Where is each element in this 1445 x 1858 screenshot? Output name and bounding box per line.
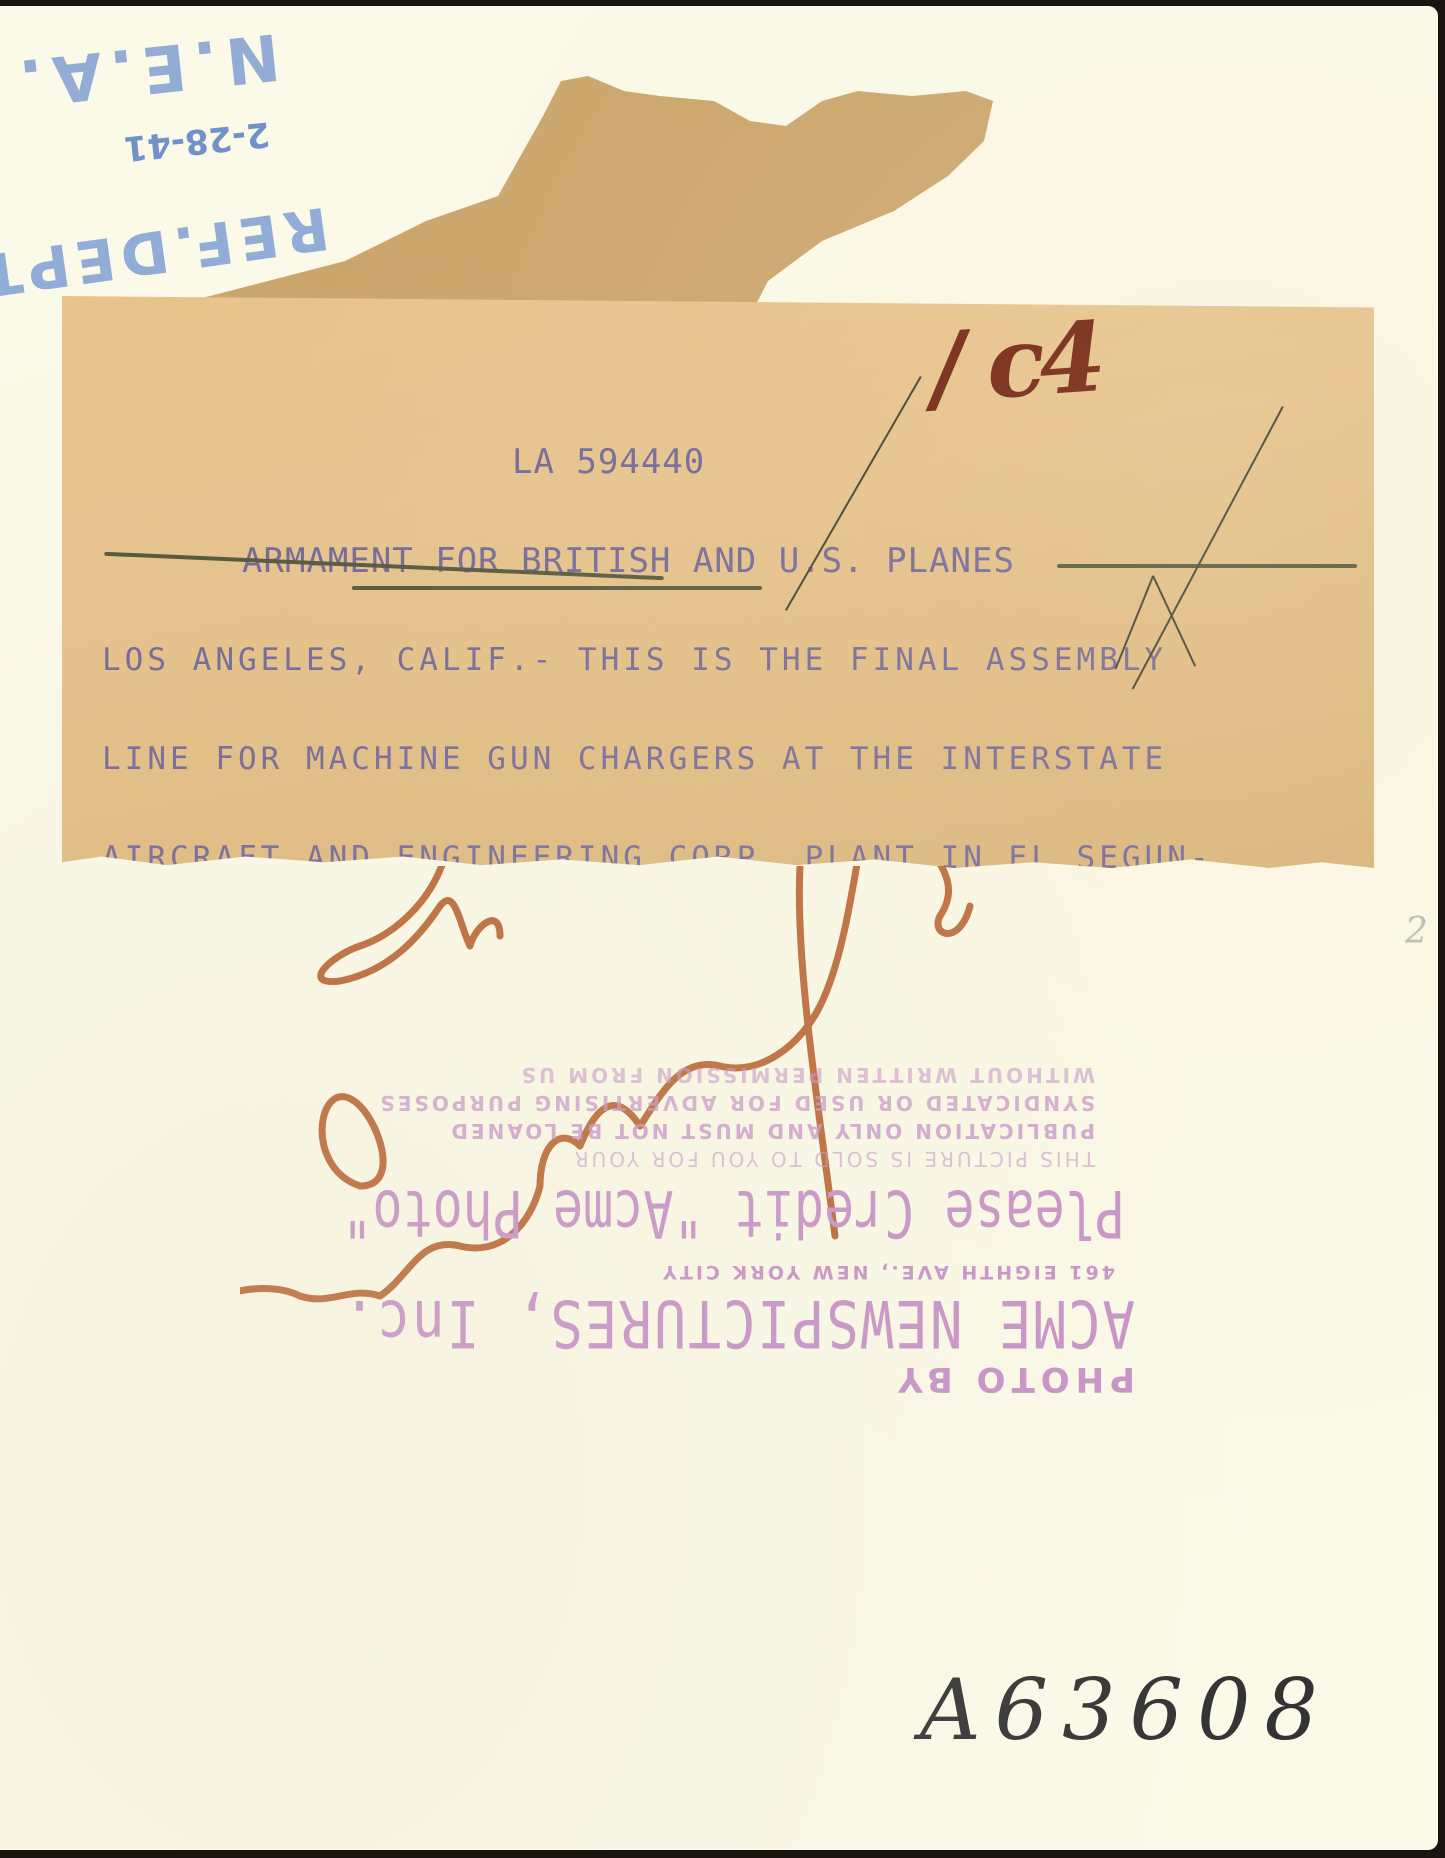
acme-company: ACME NEWSPICTURES, Inc. — [341, 1285, 1135, 1361]
caption-line: LINE FOR MACHINE GUN CHARGERS AT THE INT… — [102, 743, 1362, 776]
nea-stamp-date: 2-28-41 — [122, 113, 272, 168]
margin-mark: 2 — [1405, 911, 1428, 952]
nea-stamp-org: N.E.A. — [8, 18, 283, 120]
caption-credit-line: CREDIT LINE (ACME) 2/22/41 (JM) — [102, 1436, 1362, 1469]
acme-terms-line: WITHOUT WRITTEN PERMISSION FROM US — [519, 1063, 1095, 1087]
acme-newspictures-stamp: PHOTO BY ACME NEWSPICTURES, Inc. 461 EIG… — [495, 1031, 1155, 1411]
nea-reference-stamp: N.E.A. 2-28-41 REF.DEPT — [40, 6, 340, 306]
acme-terms-line: PUBLICATION ONLY AND MUST NOT BE LOANED — [448, 1119, 1095, 1143]
acme-photo-by: PHOTO BY — [892, 1359, 1135, 1399]
crayon-mark: / c4 — [926, 300, 1103, 425]
photo-verso: N.E.A. 2-28-41 REF.DEPT LA 594440 ARMAME… — [0, 6, 1438, 1850]
acme-terms-line: THIS PICTURE IS SOLD TO YOU FOR YOUR — [572, 1147, 1095, 1171]
caption-ref-number: LA 594440 — [102, 446, 1362, 479]
acme-credit-request: Please Credit "Acme Photo" — [342, 1176, 1125, 1251]
caption-line: LOS ANGELES, CALIF.- THIS IS THE FINAL A… — [102, 644, 1362, 677]
acme-address: 461 EIGHTH AVE., NEW YORK CITY — [660, 1261, 1115, 1283]
pen-underline — [352, 586, 762, 590]
caption-slip: LA 594440 ARMAMENT FOR BRITISH AND U.S. … — [62, 296, 1374, 868]
catalog-number: A63608 — [920, 1661, 1332, 1759]
pen-underline — [1057, 564, 1357, 568]
acme-terms-line: SYNDICATED OR USED FOR ADVERTISING PURPO… — [377, 1091, 1095, 1115]
